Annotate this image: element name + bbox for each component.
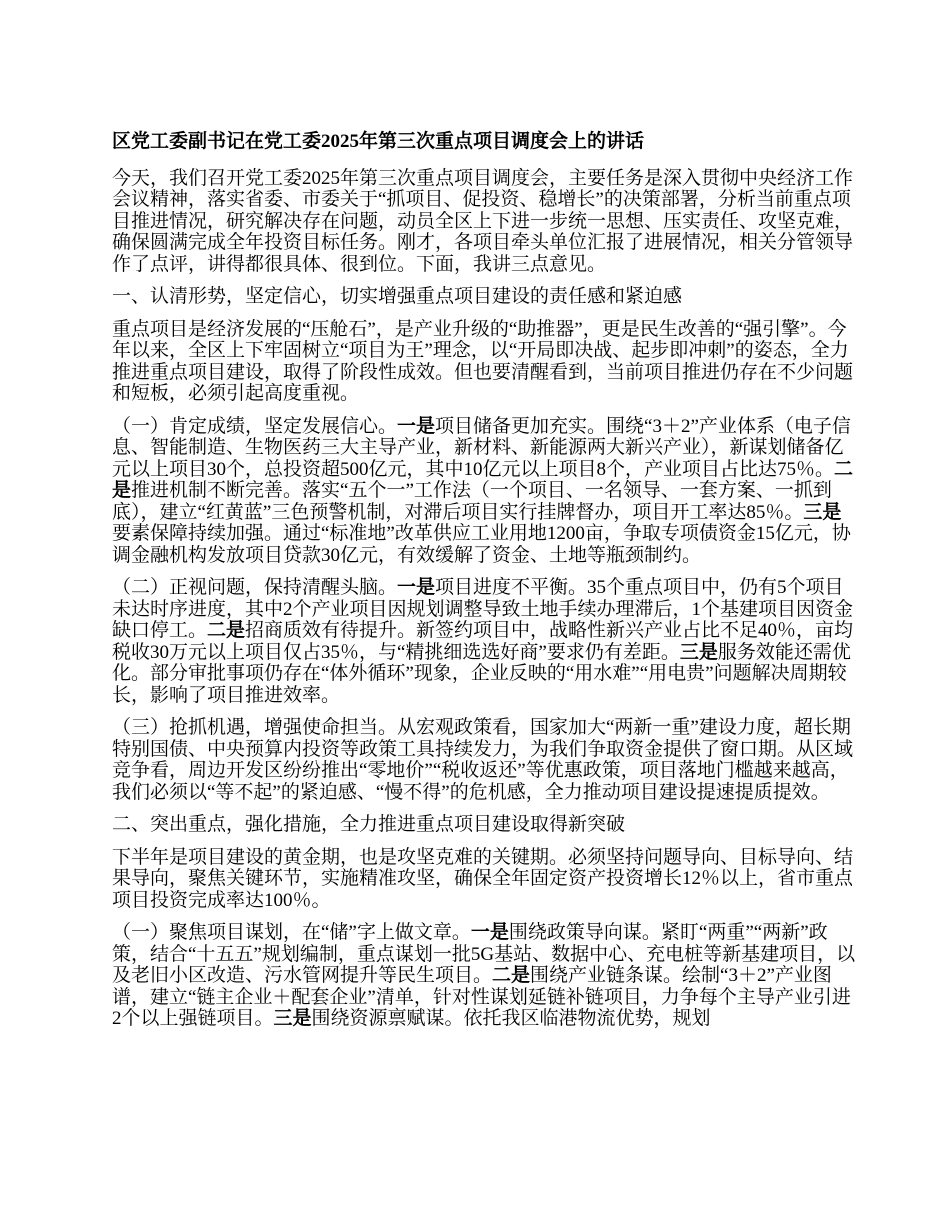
paragraph: （二）正视问题，保持清醒头脑。一是项目进度不平衡。35个重点项目中，仍有5个项目… bbox=[112, 577, 860, 706]
text-run: 重点项目是经济发展的“压舱石”，是产业升级的“助推器”，更是民生改善的“强引擎”… bbox=[112, 319, 853, 405]
paragraph: （一）肯定成绩，坚定发展信心。一是项目储备更加充实。围绕“3＋2”产业体系（电子… bbox=[112, 416, 860, 567]
text-run: 一、认清形势，坚定信心，切实增强重点项目建设的责任感和紧迫感 bbox=[112, 286, 682, 307]
document-body: 今天，我们召开党工委2025年第三次重点项目调度会，主要任务是深入贯彻中央经济工… bbox=[112, 168, 860, 1030]
paragraph: 下半年是项目建设的黄金期，也是攻坚克难的关键期。必须坚持问题导向、目标导向、结果… bbox=[112, 847, 860, 912]
bold-text-run: 一是 bbox=[397, 577, 435, 598]
bold-text-run: 一是 bbox=[471, 922, 509, 943]
text-run: 推进机制不断完善。落实“五个一”工作法（一个项目、一名领导、一套方案、一抓到底）… bbox=[112, 480, 832, 523]
text-run: （三）抢抓机遇，增强使命担当。从宏观政策看，国家加大“两新一重”建设力度，超长期… bbox=[112, 717, 853, 803]
text-run: （二）正视问题，保持清醒头脑。 bbox=[112, 577, 397, 598]
text-run: 下半年是项目建设的黄金期，也是攻坚克难的关键期。必须坚持问题导向、目标导向、结果… bbox=[112, 847, 853, 911]
document-title: 区党工委副书记在党工委2025年第三次重点项目调度会上的讲话 bbox=[112, 131, 860, 153]
text-run: 二、突出重点，强化措施，全力推进重点项目建设取得新突破 bbox=[112, 814, 625, 835]
paragraph: 重点项目是经济发展的“压舱石”，是产业升级的“助推器”，更是民生改善的“强引擎”… bbox=[112, 319, 860, 405]
bold-text-run: 二是 bbox=[207, 620, 245, 641]
section-heading: 二、突出重点，强化措施，全力推进重点项目建设取得新突破 bbox=[112, 814, 860, 836]
bold-text-run: 二是 bbox=[492, 965, 530, 986]
text-run: 要素保障持续加强。通过“标准地”改革供应工业用地1200亩，争取专项债资金15亿… bbox=[112, 523, 851, 566]
text-run: （一）肯定成绩，坚定发展信心。 bbox=[112, 416, 397, 437]
bold-text-run: 三是 bbox=[803, 502, 841, 523]
text-run: 围绕资源禀赋谋。依托我区临港物流优势，规划 bbox=[312, 1008, 711, 1029]
paragraph: 今天，我们召开党工委2025年第三次重点项目调度会，主要任务是深入贯彻中央经济工… bbox=[112, 168, 860, 276]
bold-text-run: 三是 bbox=[274, 1008, 312, 1029]
bold-text-run: 三是 bbox=[680, 642, 718, 663]
text-run: （一）聚焦项目谋划，在“储”字上做文章。 bbox=[112, 922, 471, 943]
paragraph: （一）聚焦项目谋划，在“储”字上做文章。一是围绕政策导向谋。紧盯“两重”“两新”… bbox=[112, 922, 860, 1030]
bold-text-run: 一是 bbox=[397, 416, 435, 437]
text-run: 今天，我们召开党工委2025年第三次重点项目调度会，主要任务是深入贯彻中央经济工… bbox=[112, 168, 853, 275]
paragraph: （三）抢抓机遇，增强使命担当。从宏观政策看，国家加大“两新一重”建设力度，超长期… bbox=[112, 717, 860, 803]
section-heading: 一、认清形势，坚定信心，切实增强重点项目建设的责任感和紧迫感 bbox=[112, 286, 860, 308]
document-page: 区党工委副书记在党工委2025年第三次重点项目调度会上的讲话 今天，我们召开党工… bbox=[0, 0, 950, 1230]
